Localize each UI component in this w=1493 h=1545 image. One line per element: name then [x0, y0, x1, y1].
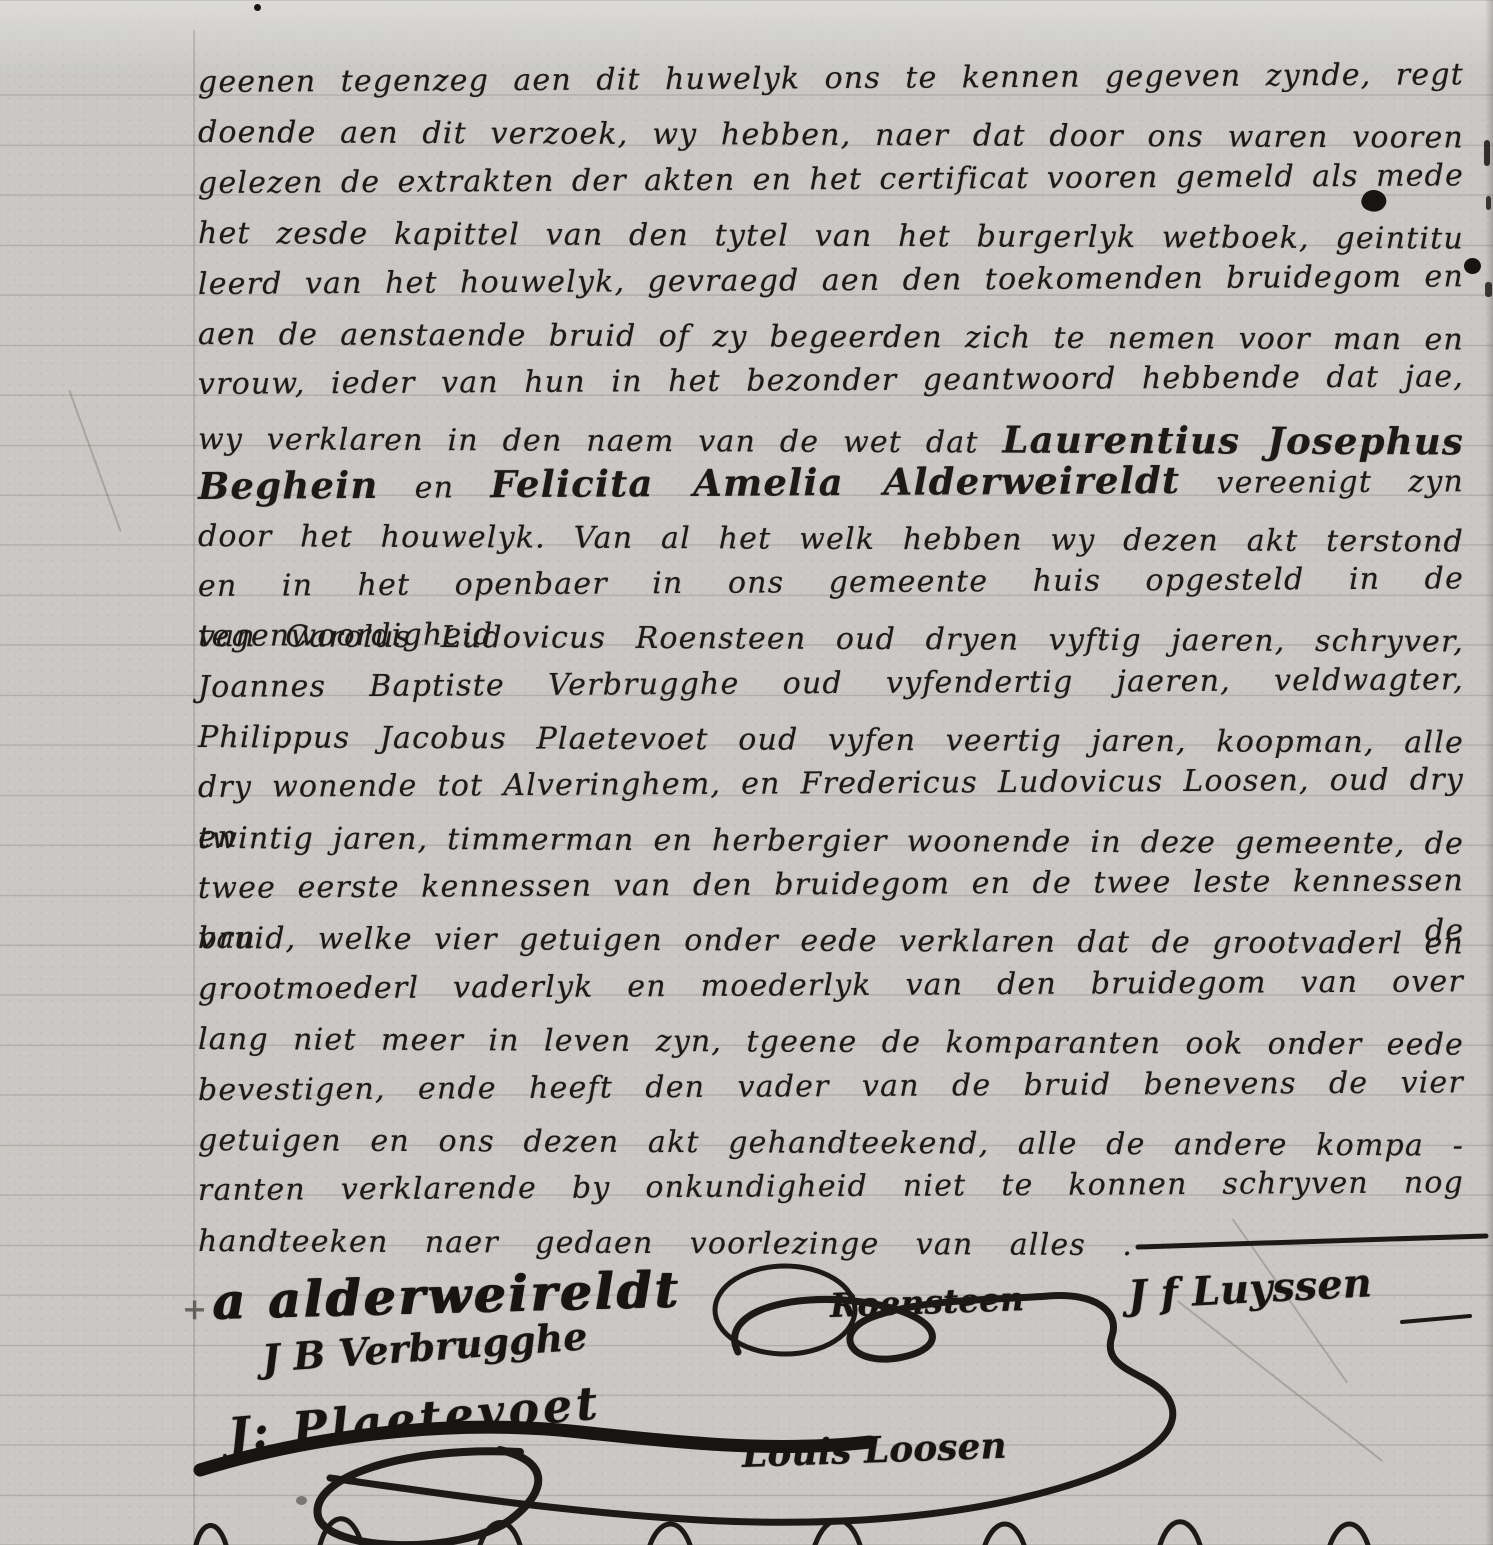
signature-plaetevoet: J: Plaetevoet [226, 1375, 604, 1461]
act-line-15: dry wonende tot Alveringhem, en Frederic… [198, 755, 1464, 813]
document-page: geenen tegenzeg aen dit huwelyk ons te k… [0, 0, 1493, 1545]
edge-mark [1485, 282, 1492, 297]
page-right-edge [1485, 0, 1493, 1545]
act-line-08-text: wy verklaren in den naem van de wet dat [198, 422, 979, 460]
bride-cross-mark: + [182, 1292, 207, 1327]
signature-loosen: Louis Loosen [741, 1425, 1007, 1476]
act-line-05: leerd van het houwelyk, gevraegd aen den… [198, 252, 1464, 310]
act-line-13: Joannes Baptiste Verbrugghe oud vyfender… [198, 655, 1464, 713]
signature-roensteen: Roensteen [829, 1279, 1024, 1325]
act-line-11: en in het openbaer in ons gemeente huis … [198, 554, 1464, 612]
act-line-23: ranten verklarende by onkundigheid niet … [198, 1158, 1464, 1216]
act-line-09-text: en [415, 470, 455, 505]
act-line-07: vrouw, ieder van hun in het bezonder gea… [198, 352, 1464, 410]
end-of-act-rule [1138, 1236, 1486, 1247]
act-line-03: gelezen de extrakten der akten en het ce… [198, 151, 1464, 209]
act-line-19: grootmoederl vaderlyk en moederlyk van d… [198, 957, 1464, 1015]
edge-mark [1484, 140, 1490, 166]
cut-off-text-line [196, 1519, 1368, 1545]
luyssen-underline [1402, 1316, 1470, 1322]
plaetevoet-loop [318, 1450, 539, 1545]
paper-speck [296, 1496, 307, 1505]
scan-scratch [1177, 1300, 1383, 1462]
ink-speck [254, 4, 261, 11]
act-line-17: twee eerste kennessen van den bruidegom … [198, 856, 1464, 914]
act-line-21: bevestigen, ende heeft den vader van de … [198, 1058, 1464, 1116]
act-line-09: Beghein en Felicita Amelia Alderweireldt… [198, 453, 1464, 511]
signature-luyssen: J f Luyssen [1127, 1259, 1373, 1319]
groom-name-part2: Beghein [198, 463, 379, 508]
act-line-01: geenen tegenzeg aen dit huwelyk ons te k… [198, 50, 1464, 108]
signature-alderweireldt: a alderweireldt [211, 1260, 681, 1331]
ink-blot [1464, 258, 1481, 274]
act-line-09-text2: vereenigt zyn [1216, 464, 1464, 501]
bride-name: Felicita Amelia Alderweireldt [490, 458, 1180, 506]
edge-mark [1486, 196, 1491, 210]
scan-scratch [68, 390, 121, 532]
